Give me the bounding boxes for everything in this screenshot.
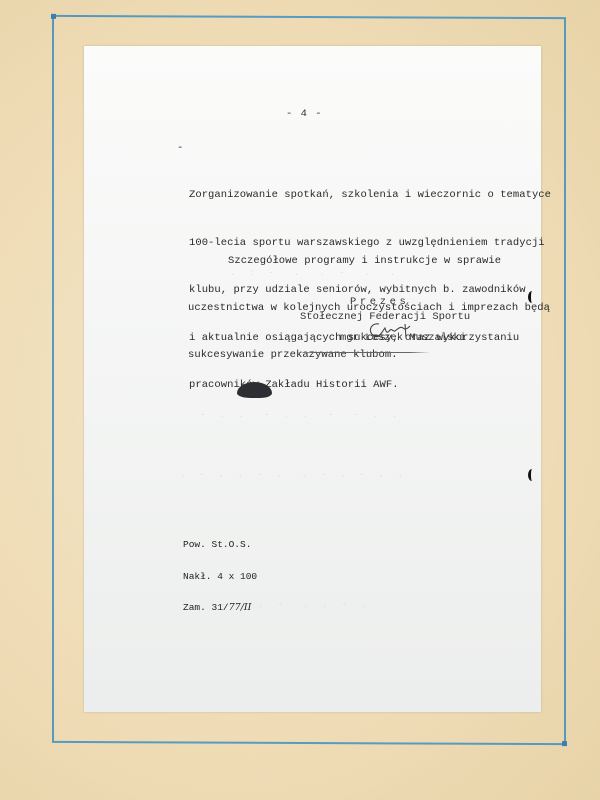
page-number: - 4 - [286,108,323,120]
signatory-title: Prezes [350,296,409,308]
punch-hole-mark [528,291,536,303]
paragraph-line: sukcesywanie przekazywane klubom. [188,348,550,364]
order-number-handwritten: 77/II [229,602,252,613]
order-number-prefix: Zam. 31/ [183,602,229,613]
paragraph-line: Zorganizowanie spotkań, szkolenia i wiec… [189,188,551,204]
footer-line: Pow. St.O.S. [183,540,257,551]
ink-blot [237,382,272,398]
footer-line: Nakł. 4 x 100 [183,572,257,583]
signature-underline [295,352,430,353]
signatory-name: mgr Leszek Muszalski [340,332,466,344]
bleed-through-text: . - . . - . . - . - . . [180,470,404,480]
bullet-dash: - [177,141,183,157]
paragraph-line: Szczegółowe programy i instrukcje w spra… [188,254,550,270]
footer-line: Zam. 31/77/II [183,603,257,614]
print-info-block: Pow. St.O.S. Nakł. 4 x 100 Zam. 31/77/II [183,519,257,624]
bleed-through-text: - . . - . . - - . . [200,410,398,420]
punch-hole-mark [528,469,536,481]
